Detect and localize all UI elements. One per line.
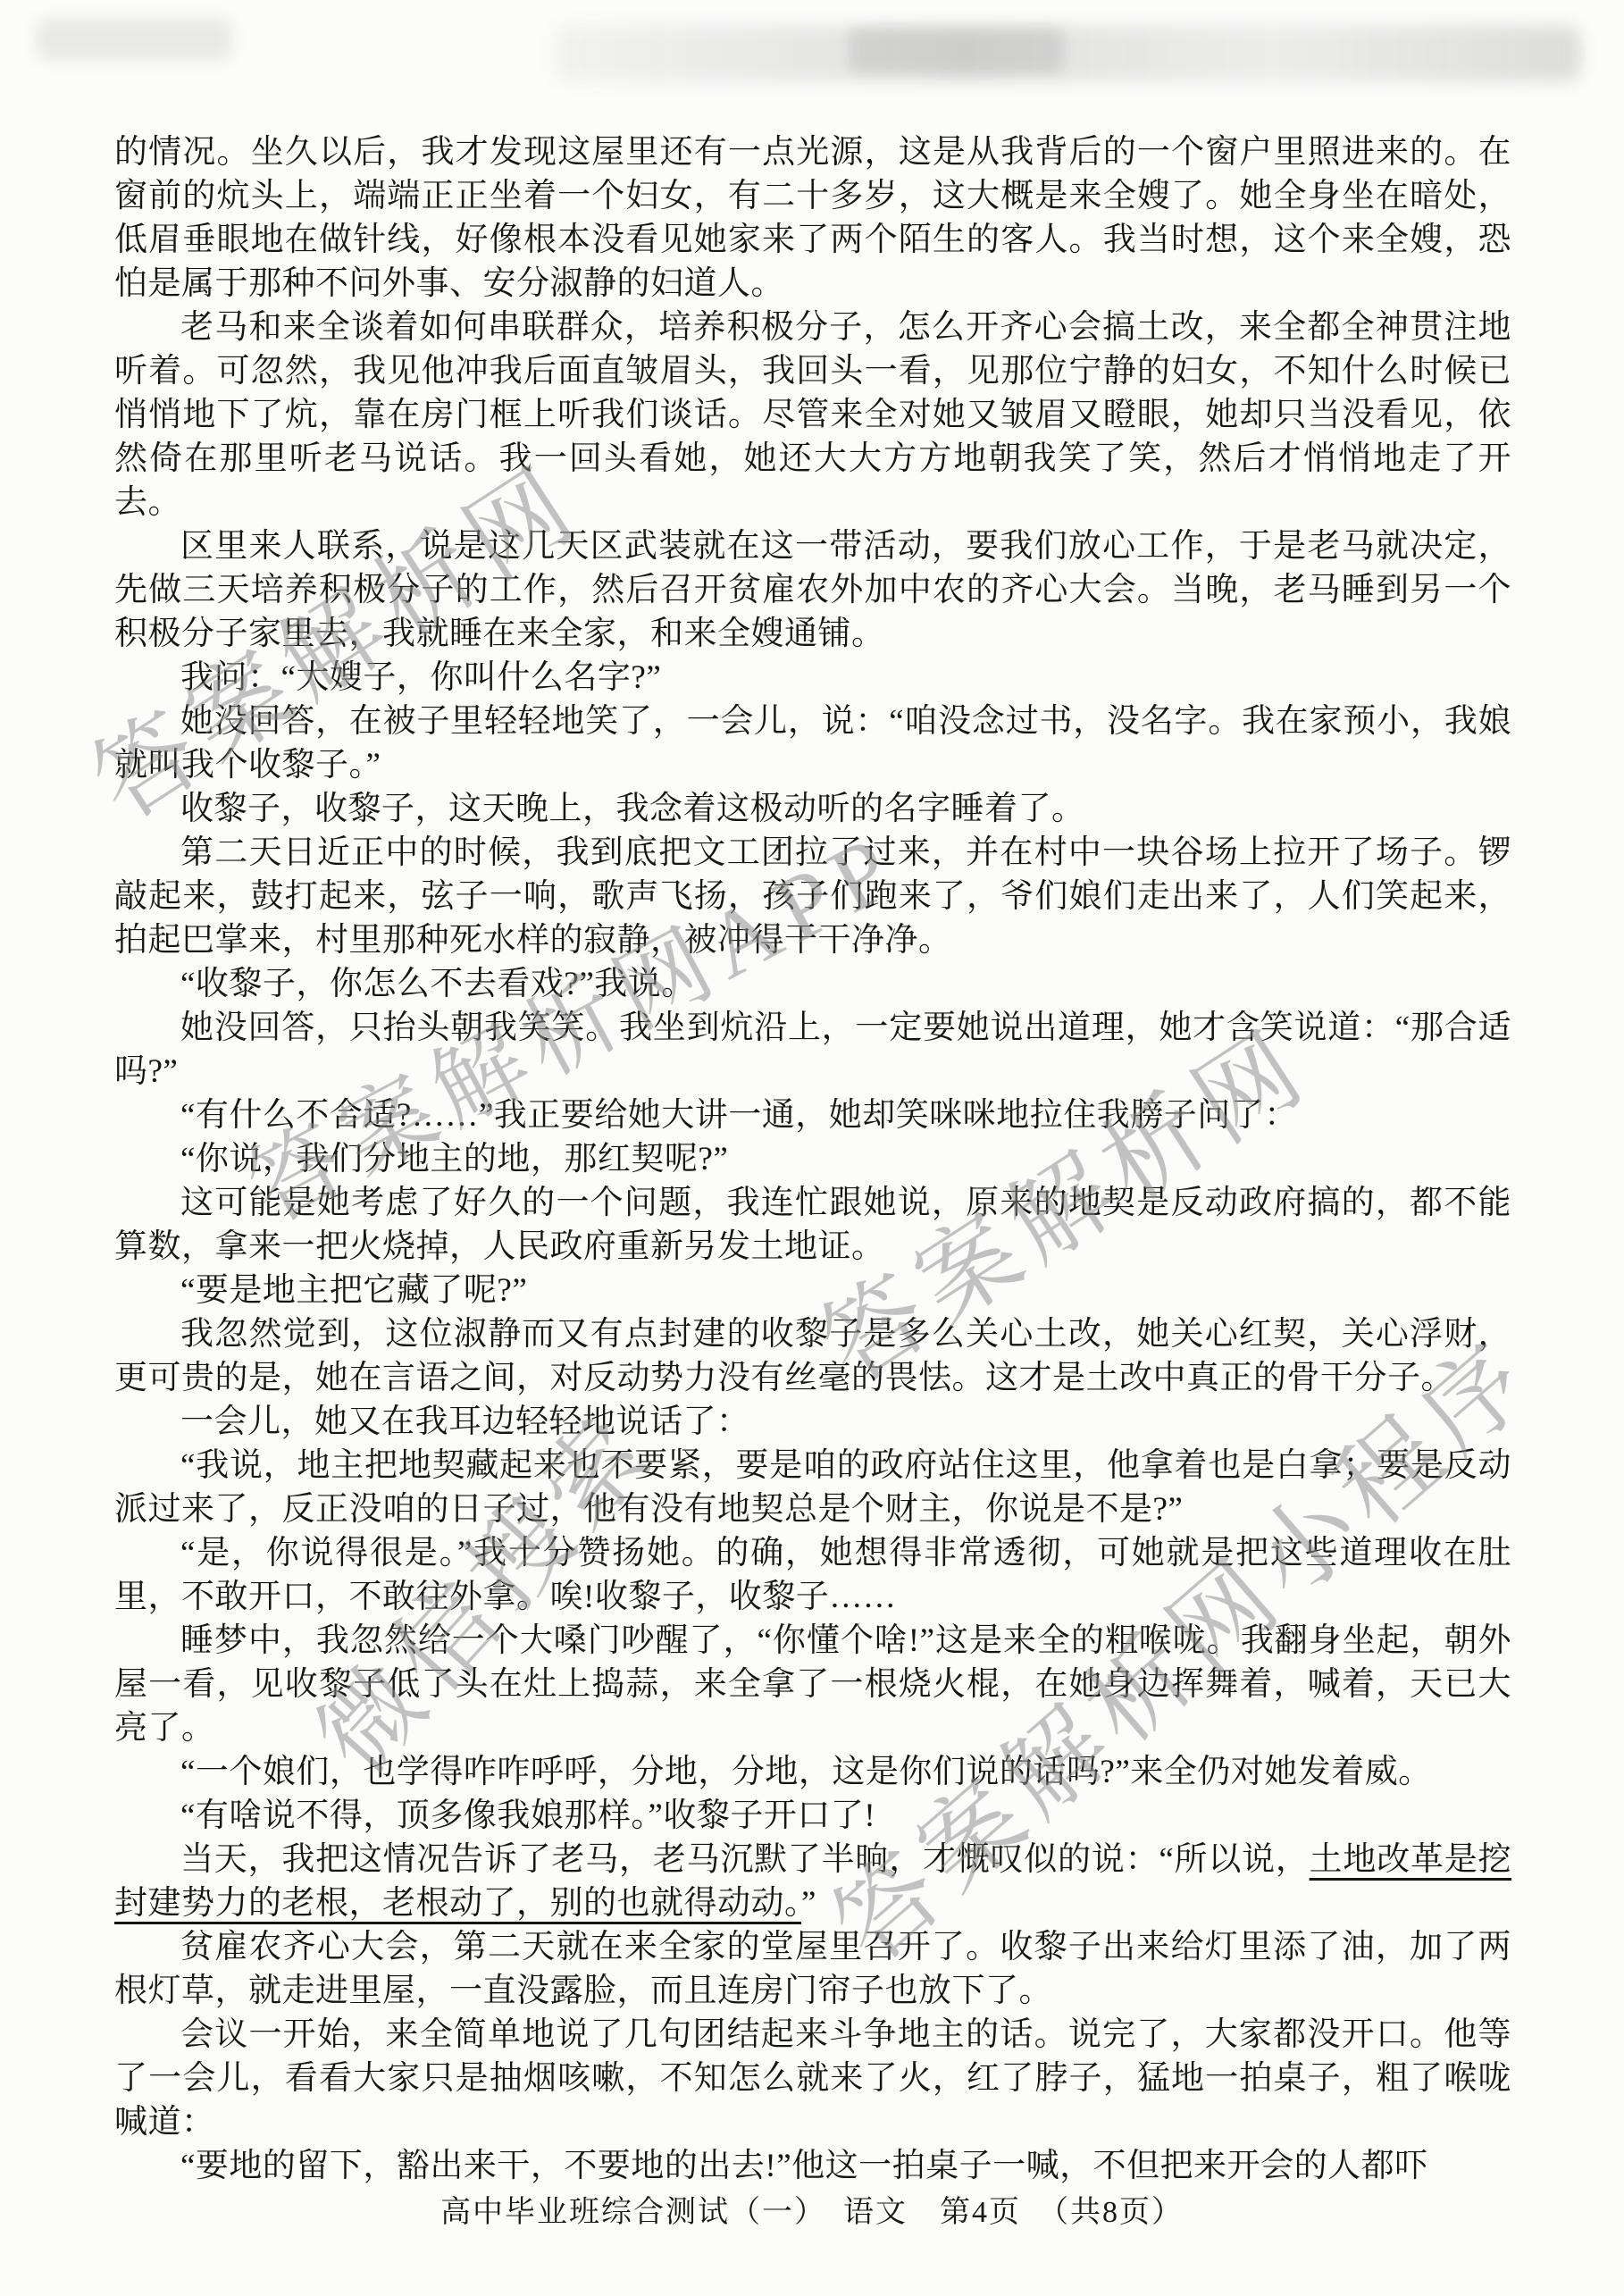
paragraph: 这可能是她考虑了好久的一个问题，我连忙跟她说，原来的地契是反动政府搞的，都不能算… — [114, 1181, 1511, 1269]
paragraph: 区里来人联系，说是这几天区武装就在这一带活动，要我们放心工作，于是老马就决定，先… — [114, 524, 1511, 656]
paragraph: “要地的留下，豁出来干，不要地的出去!”他这一拍桌子一喊，不但把来开会的人都吓 — [114, 2144, 1511, 2188]
scan-artifact — [554, 25, 1581, 82]
scan-artifact — [36, 18, 232, 61]
paragraph: “有啥说不得，顶多像我娘那样。”收黎子开口了! — [114, 1794, 1511, 1838]
paragraph: 收黎子，收黎子，这天晚上，我念着这极动听的名字睡着了。 — [114, 787, 1511, 831]
paragraph: “收黎子，你怎么不去看戏?”我说。 — [114, 962, 1511, 1006]
paragraph: 我问：“大嫂子，你叫什么名字?” — [114, 656, 1511, 700]
paragraph: 老马和来全谈着如何串联群众，培养积极分子，怎么开齐心会搞土改，来全都全神贯注地听… — [114, 306, 1511, 524]
paragraph: 我忽然觉到，这位淑静而又有点封建的收黎子是多么关心土改，她关心红契，关心浮财，更… — [114, 1312, 1511, 1400]
paragraph: “一个娘们，也学得咋咋呼呼，分地，分地，这是你们说的话吗?”来全仍对她发着威。 — [114, 1750, 1511, 1794]
paragraph: 她没回答，只抬头朝我笑笑。我坐到炕沿上，一定要她说出道理，她才含笑说道：“那合适… — [114, 1006, 1511, 1094]
paragraph-text: 当天，我把这情况告诉了老马，老马沉默了半晌，才慨叹似的说：“所以说， — [180, 1841, 1310, 1878]
paragraph: 睡梦中，我忽然给一个大嗓门吵醒了，“你懂个啥!”这是来全的粗喉咙。我翻身坐起，朝… — [114, 1619, 1511, 1750]
paragraph: “我说，地主把地契藏起来也不要紧，要是咱的政府站住这里，他拿着也是白拿；要是反动… — [114, 1444, 1511, 1531]
text-column: 的情况。坐久以后，我才发现这屋里还有一点光源，这是从我背后的一个窗户里照进来的。… — [114, 130, 1511, 2188]
paragraph: 会议一开始，来全简单地说了几句团结起来斗争地主的话。说完了，大家都没开口。他等了… — [114, 2013, 1511, 2144]
scan-artifact — [849, 27, 1063, 73]
paragraph-with-underline: 当天，我把这情况告诉了老马，老马沉默了半晌，才慨叹似的说：“所以说，土地改革是挖… — [114, 1838, 1511, 1925]
paragraph: 她没回答，在被子里轻轻地笑了，一会儿，说：“咱没念过书，没名字。我在家预小，我娘… — [114, 700, 1511, 787]
paragraph: 一会儿，她又在我耳边轻轻地说话了： — [114, 1400, 1511, 1444]
paragraph: “有什么不合适?……”我正要给她大讲一通，她却笑咪咪地拉住我膀子问了： — [114, 1094, 1511, 1137]
page-footer: 高中毕业班综合测试（一） 语文 第4页 （共8页） — [0, 2187, 1624, 2231]
paragraph: “要是地主把它藏了呢?” — [114, 1269, 1511, 1312]
page-scan: 的情况。坐久以后，我才发现这屋里还有一点光源，这是从我背后的一个窗户里照进来的。… — [0, 0, 1624, 2296]
paragraph: 第二天日近正中的时候，我到底把文工团拉了过来，并在村中一块谷场上拉开了场子。锣敲… — [114, 831, 1511, 962]
paragraph: “你说，我们分地主的地，那红契呢?” — [114, 1137, 1511, 1181]
paragraph: 的情况。坐久以后，我才发现这屋里还有一点光源，这是从我背后的一个窗户里照进来的。… — [114, 130, 1511, 306]
paragraph: “是，你说得很是。”我十分赞扬她。的确，她想得非常透彻，可她就是把这些道理收在肚… — [114, 1531, 1511, 1619]
paragraph: 贫雇农齐心大会，第二天就在来全家的堂屋里召开了。收黎子出来给灯里添了油，加了两根… — [114, 1925, 1511, 2013]
closing-quote: ” — [801, 1885, 816, 1922]
